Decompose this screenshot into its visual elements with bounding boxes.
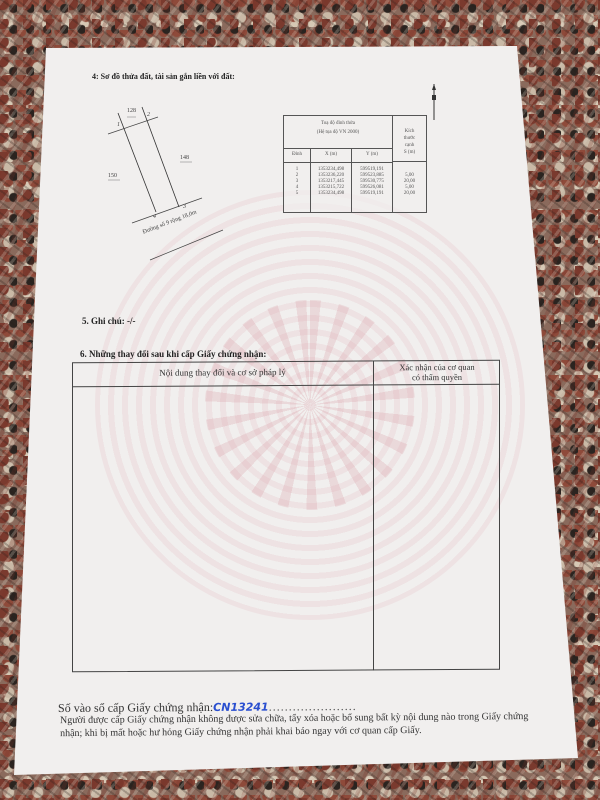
north-arrow-icon xyxy=(430,84,438,120)
certificate-page: 4: Sơ đồ thửa đất, tài sản gắn liền với … xyxy=(0,0,600,800)
header-authority-confirmation: Xác nhận của cơ quan có thẩm quyền xyxy=(374,362,500,383)
coordinate-table-title: Toạ độ đỉnh thửa (Hệ tọa độ VN 2000) xyxy=(284,116,393,149)
label-right-parcel: 148 xyxy=(180,155,189,161)
vertex-2: 2 xyxy=(147,112,150,118)
parcel-lines xyxy=(100,100,280,270)
coordinate-table: Toạ độ đỉnh thửa (Hệ tọa độ VN 2000) Kíc… xyxy=(283,115,427,213)
header-x: X (m) xyxy=(311,152,351,157)
table-row: 5 1353234,498 599519,191 20,00 xyxy=(284,191,426,197)
changes-table: Nội dung thay đổi và cơ sở pháp lý Xác n… xyxy=(72,360,500,673)
header-y: Y (m) xyxy=(352,152,392,157)
header-change-content: Nội dung thay đổi và cơ sở pháp lý xyxy=(72,366,373,378)
section-5-notes: 5. Ghi chú: -/- xyxy=(82,316,136,326)
vertex-4: 4 xyxy=(153,214,156,220)
parcel-diagram: 128 148 150 1 2 3 4 Đường số 9 rộng 18,0… xyxy=(100,100,280,270)
section-6-title: 6. Những thay đổi sau khi cấp Giấy chứng… xyxy=(80,349,266,359)
label-left-parcel: 150 xyxy=(108,173,117,179)
header-vertex: Đỉnh xyxy=(284,152,310,157)
vertex-1: 1 xyxy=(117,122,120,128)
label-top-parcel: 128 xyxy=(127,108,136,114)
header-side-length: Kích thước cạnh S (m) xyxy=(393,116,426,162)
coordinate-table-header: Đỉnh X (m) Y (m) xyxy=(284,149,393,163)
vertex-3: 3 xyxy=(183,204,186,210)
notice-text: Người được cấp Giấy chứng nhận không đượ… xyxy=(60,710,545,740)
section-4-title: 4: Sơ đồ thửa đất, tài sản gắn liền với … xyxy=(92,72,235,81)
